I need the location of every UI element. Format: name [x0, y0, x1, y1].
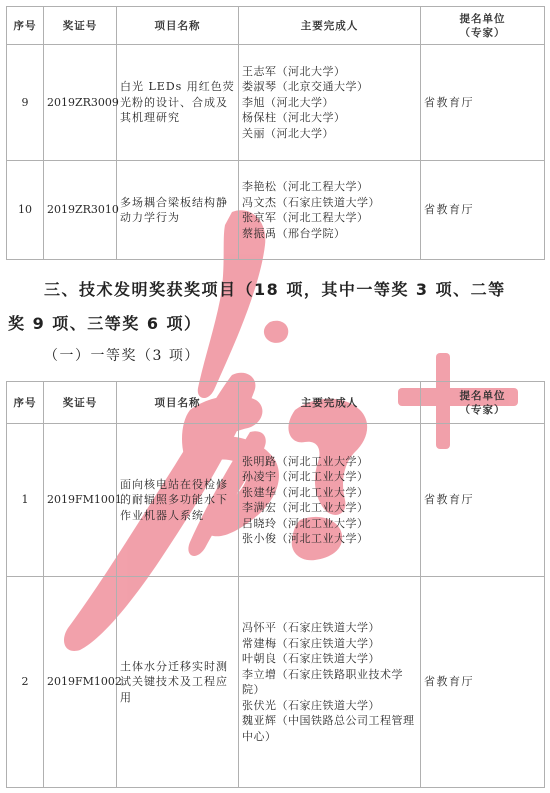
person: 叶朝良（石家庄铁道大学） [242, 651, 417, 667]
subsection-heading: （一）一等奖（3 项） [44, 345, 200, 365]
person: 蔡振禹（邢台学院） [242, 226, 417, 242]
header-title: 项目名称 [117, 7, 239, 45]
cell-title: 多场耦合梁板结构静动力学行为 [117, 161, 239, 260]
cell-people: 李艳松（河北工程大学） 冯文杰（石家庄铁道大学） 张京军（河北工程大学） 蔡振禹… [239, 161, 421, 260]
cell-people: 张明路（河北工业大学） 孙凌宇（河北工业大学） 张建华（河北工业大学） 李满宏（… [239, 424, 421, 577]
cell-no: 9 [7, 45, 44, 161]
header-cert: 奖证号 [44, 382, 117, 424]
person: 张明路（河北工业大学） [242, 454, 417, 470]
cell-unit: 省教育厅 [421, 577, 545, 788]
person: 魏亚辉（中国铁路总公司工程管理中心） [242, 713, 417, 744]
table-row: 2 2019FM1002 土体水分迁移实时测试关键技术及工程应用 冯怀平（石家庄… [7, 577, 545, 788]
header-no: 序号 [7, 382, 44, 424]
person: 张伏光（石家庄铁道大学） [242, 698, 417, 714]
header-title: 项目名称 [117, 382, 239, 424]
table-header-row: 序号 奖证号 项目名称 主要完成人 提名单位 （专家） [7, 382, 545, 424]
cell-cert: 2019ZR3009 [44, 45, 117, 161]
document-page: 序号 奖证号 项目名称 主要完成人 提名单位 （专家） 9 2019ZR3009… [0, 0, 550, 793]
person: 王志军（河北大学） [242, 64, 417, 80]
header-no: 序号 [7, 7, 44, 45]
cell-no: 10 [7, 161, 44, 260]
person: 孙凌宇（河北工业大学） [242, 469, 417, 485]
cell-title: 土体水分迁移实时测试关键技术及工程应用 [117, 577, 239, 788]
person: 冯怀平（石家庄铁道大学） [242, 620, 417, 636]
awards-table-natural-science: 序号 奖证号 项目名称 主要完成人 提名单位 （专家） 9 2019ZR3009… [6, 6, 545, 260]
table-row: 1 2019FM1001 面向核电站在役检修的耐辐照多功能水下作业机器人系统 张… [7, 424, 545, 577]
table-header-row: 序号 奖证号 项目名称 主要完成人 提名单位 （专家） [7, 7, 545, 45]
table-row: 10 2019ZR3010 多场耦合梁板结构静动力学行为 李艳松（河北工程大学）… [7, 161, 545, 260]
person: 李满宏（河北工业大学） [242, 500, 417, 516]
header-unit-line2: （专家） [460, 404, 506, 416]
cell-cert: 2019FM1001 [44, 424, 117, 577]
table-row: 9 2019ZR3009 白光 LEDs 用红色荧光粉的设计、合成及其机理研究 … [7, 45, 545, 161]
awards-table-technical-invention: 序号 奖证号 项目名称 主要完成人 提名单位 （专家） 1 2019FM1001… [6, 381, 545, 788]
header-people: 主要完成人 [239, 382, 421, 424]
person: 常建梅（石家庄铁道大学） [242, 636, 417, 652]
section-heading-line2: 奖 9 项、三等奖 6 项） [8, 311, 202, 334]
person: 张建华（河北工业大学） [242, 485, 417, 501]
header-unit: 提名单位 （专家） [421, 382, 545, 424]
person: 娄淑琴（北京交通大学） [242, 79, 417, 95]
person: 李旭（河北大学） [242, 95, 417, 111]
person: 冯文杰（石家庄铁道大学） [242, 195, 417, 211]
cell-people: 王志军（河北大学） 娄淑琴（北京交通大学） 李旭（河北大学） 杨保柱（河北大学）… [239, 45, 421, 161]
person: 李立增（石家庄铁路职业技术学院） [242, 667, 417, 698]
cell-people: 冯怀平（石家庄铁道大学） 常建梅（石家庄铁道大学） 叶朝良（石家庄铁道大学） 李… [239, 577, 421, 788]
header-unit-line1: 提名单位 [460, 390, 506, 402]
person: 杨保柱（河北大学） [242, 110, 417, 126]
cell-cert: 2019ZR3010 [44, 161, 117, 260]
cell-no: 1 [7, 424, 44, 577]
cell-title: 白光 LEDs 用红色荧光粉的设计、合成及其机理研究 [117, 45, 239, 161]
header-unit: 提名单位 （专家） [421, 7, 545, 45]
cell-unit: 省教育厅 [421, 424, 545, 577]
header-unit-line2: （专家） [460, 27, 506, 39]
person: 吕晓玲（河北工业大学） [242, 516, 417, 532]
person: 关丽（河北大学） [242, 126, 417, 142]
header-cert: 奖证号 [44, 7, 117, 45]
cell-title: 面向核电站在役检修的耐辐照多功能水下作业机器人系统 [117, 424, 239, 577]
person: 李艳松（河北工程大学） [242, 179, 417, 195]
section-heading-line1: 三、技术发明奖获奖项目（18 项，其中一等奖 3 项、二等 [44, 277, 506, 300]
cell-unit: 省教育厅 [421, 45, 545, 161]
cell-no: 2 [7, 577, 44, 788]
person: 张小俊（河北工业大学） [242, 531, 417, 547]
cell-cert: 2019FM1002 [44, 577, 117, 788]
person: 张京军（河北工程大学） [242, 210, 417, 226]
header-unit-line1: 提名单位 [460, 13, 506, 25]
header-people: 主要完成人 [239, 7, 421, 45]
cell-unit: 省教育厅 [421, 161, 545, 260]
